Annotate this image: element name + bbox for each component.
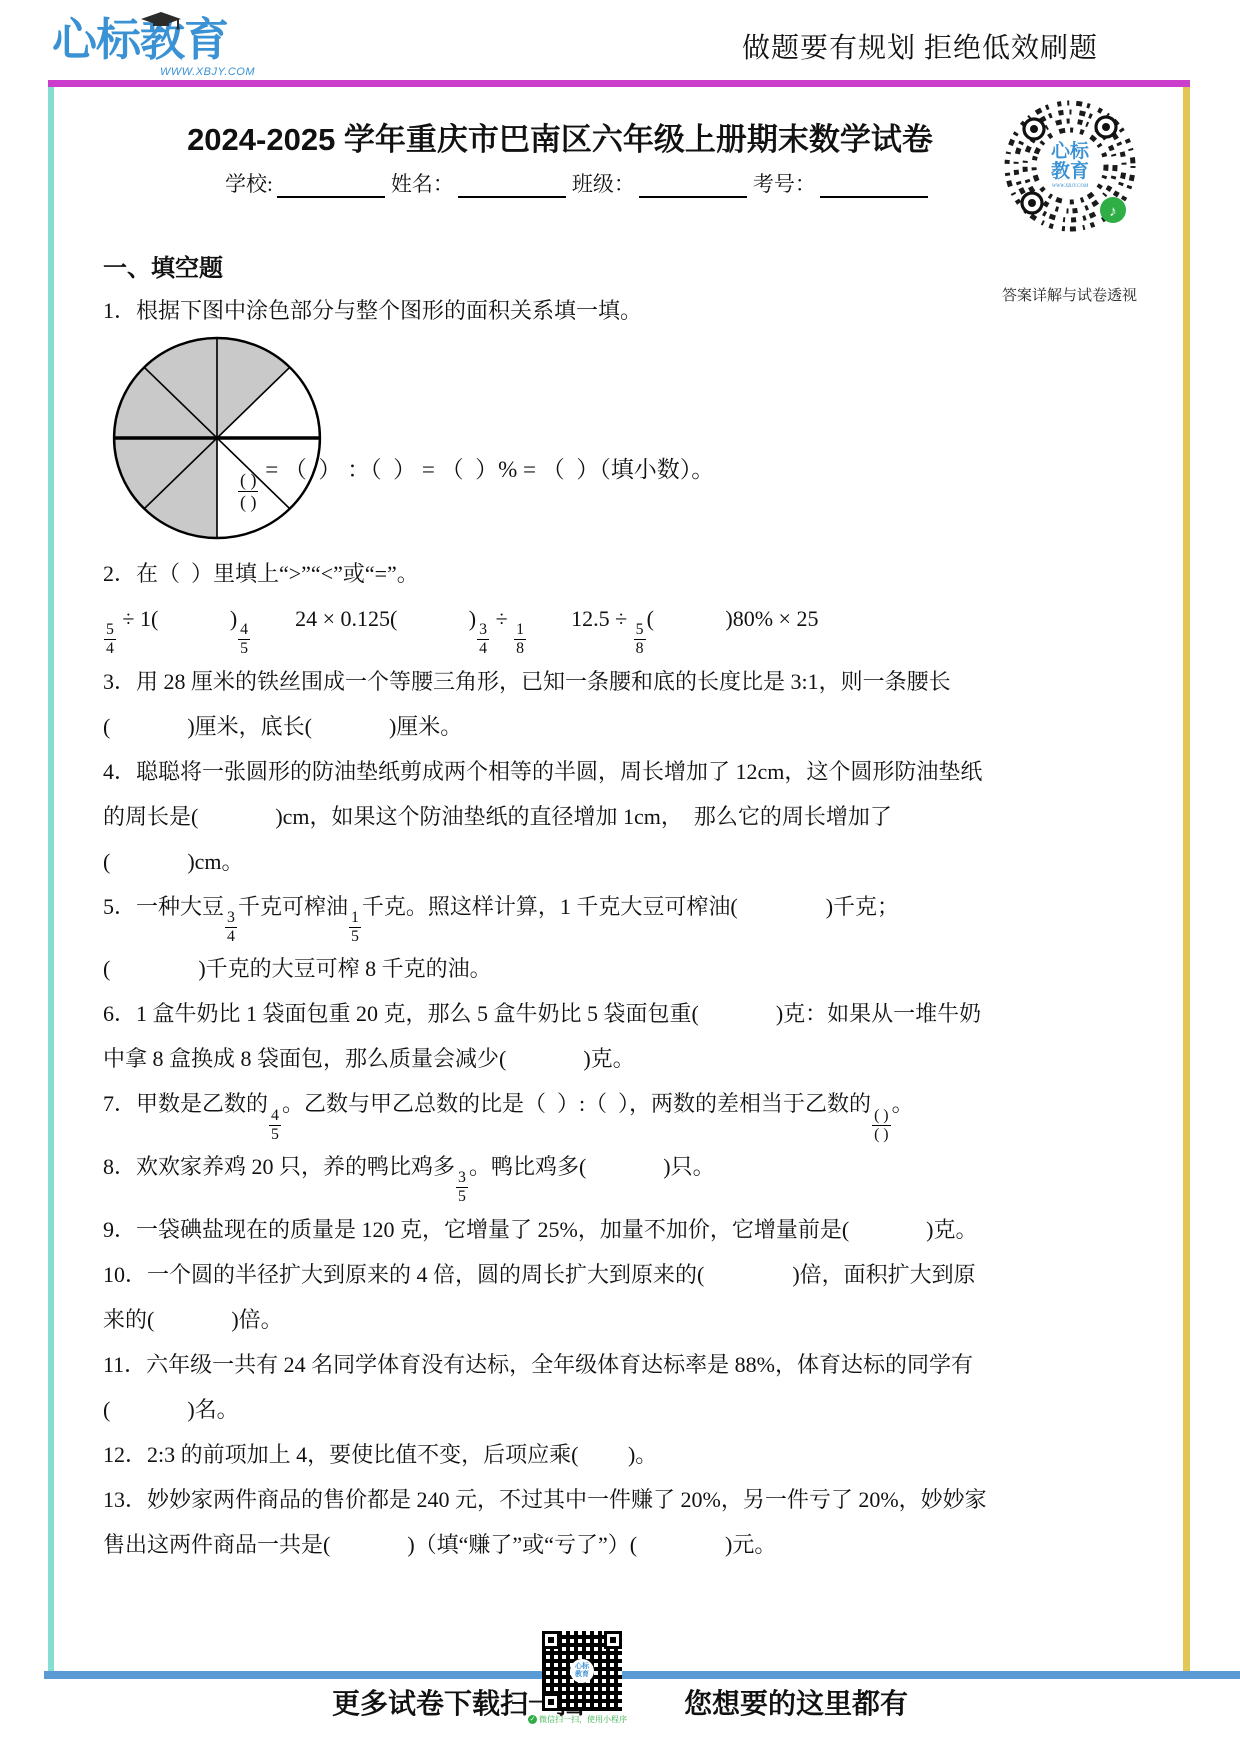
- questions-list: 1．根据下图中涂色部分与整个图形的面积关系填一填。 ( )( ) = （ ） ：…: [103, 288, 1138, 1567]
- question-line: 8．欢欢家养鸡 20 只，养的鸭比鸡多35。鸭比鸡多( )只。: [103, 1144, 1138, 1207]
- question-line: 9．一袋碘盐现在的质量是 120 克，它增量了 25%，加量不加价，它增量前是(…: [103, 1207, 1138, 1252]
- question-line: 售出这两件商品一共是( )（填“赚了”或“亏了”）( )元。: [103, 1522, 1138, 1567]
- question-line: 6．1 盒牛奶比 1 袋面包重 20 克，那么 5 盒牛奶比 5 袋面包重( )…: [103, 991, 1138, 1036]
- question-11: 11．六年级一共有 24 名同学体育没有达标，全年级体育达标率是 88%，体育达…: [103, 1342, 1138, 1432]
- question-13: 13．妙妙家两件商品的售价都是 240 元，不过其中一件赚了 20%，另一件亏了…: [103, 1477, 1138, 1567]
- question-line: ( )千克的大豆可榨 8 千克的油。: [103, 946, 1138, 991]
- check-icon: ✓: [528, 1715, 537, 1724]
- blank-line: [820, 172, 928, 198]
- question-line: 11．六年级一共有 24 名同学体育没有达标，全年级体育达标率是 88%，体育达…: [103, 1342, 1138, 1387]
- fraction: 45: [269, 1107, 281, 1144]
- top-magenta-bar: [48, 80, 1190, 87]
- header-logo: 心标教育 WWW.XBJY.COM: [52, 10, 282, 80]
- info-label: 考号：: [753, 168, 816, 198]
- section-heading: 一、填空题: [103, 248, 223, 283]
- blank-line: [458, 172, 566, 198]
- question-10: 10．一个圆的半径扩大到原来的 4 倍，圆的周长扩大到原来的( )倍，面积扩大到…: [103, 1252, 1138, 1342]
- question-12: 12．2:3 的前项加上 4，要使比值不变，后项应乘( )。: [103, 1432, 1138, 1477]
- question-line: 4．聪聪将一张圆形的防油垫纸剪成两个相等的半圆，周长增加了 12cm，这个圆形防…: [103, 749, 1138, 794]
- question-line: 中拿 8 盒换成 8 袋面包，那么质量会减少( )克。: [103, 1036, 1138, 1081]
- question-line: 12．2:3 的前项加上 4，要使比值不变，后项应乘( )。: [103, 1432, 1138, 1477]
- question-4: 4．聪聪将一张圆形的防油垫纸剪成两个相等的半圆，周长增加了 12cm，这个圆形防…: [103, 749, 1138, 884]
- fraction: 34: [225, 909, 237, 946]
- fraction: 18: [514, 621, 526, 658]
- question-line: ( )名。: [103, 1387, 1138, 1432]
- footer-qr-code: 心标 教育: [542, 1631, 622, 1711]
- qr-center-url: WWW.XBJY.COM: [1002, 184, 1138, 189]
- qr-eye-top-right: [1096, 117, 1116, 137]
- question-line: 54 ÷ 1( )45 24 × 0.125( )34 ÷ 18 12.5 ÷ …: [103, 596, 1138, 659]
- qr-eye-bottom-left: [1022, 193, 1042, 213]
- question-6: 6．1 盒牛奶比 1 袋面包重 20 克，那么 5 盒牛奶比 5 袋面包重( )…: [103, 991, 1138, 1081]
- info-field-school: 学校:: [225, 168, 385, 198]
- question-2: 2．在（ ）里填上“>”“<”或“=”。54 ÷ 1( )45 24 × 0.1…: [103, 551, 1138, 659]
- question-7: 7．甲数是乙数的45。乙数与甲乙总数的比是（ ）:（ ），两数的差相当于乙数的(…: [103, 1081, 1138, 1144]
- question-3: 3．用 28 厘米的铁丝围成一个等腰三角形，已知一条腰和底的长度比是 3:1，则…: [103, 659, 1138, 749]
- info-label: 姓名：: [391, 168, 454, 198]
- question-line: ( )cm。: [103, 839, 1138, 884]
- question-line: 来的( )倍。: [103, 1297, 1138, 1342]
- question-8: 8．欢欢家养鸡 20 只，养的鸭比鸡多35。鸭比鸡多( )只。: [103, 1144, 1138, 1207]
- qr-center-label: 心标 教育: [1002, 142, 1138, 182]
- qr-finder-icon: [542, 1631, 560, 1649]
- right-yellow-border: [1183, 87, 1190, 1672]
- question-line: 5．一种大豆34千克可榨油15千克。照这样计算，1 千克大豆可榨油( )千克；: [103, 884, 1138, 947]
- music-note-icon: ♪: [1109, 204, 1117, 220]
- qr-eye-top-left: [1024, 119, 1044, 139]
- question-1-text: 1．根据下图中涂色部分与整个图形的面积关系填一填。: [103, 288, 1138, 333]
- header-slogan: 做题要有规划 拒绝低效刷题: [742, 26, 1098, 66]
- decorative-qr-code: ♪ 心标 教育 WWW.XBJY.COM: [1002, 98, 1138, 234]
- question-line: 3．用 28 厘米的铁丝围成一个等腰三角形，已知一条腰和底的长度比是 3:1，则…: [103, 659, 1138, 704]
- question-line: 10．一个圆的半径扩大到原来的 4 倍，圆的周长扩大到原来的( )倍，面积扩大到…: [103, 1252, 1138, 1297]
- info-field-name: 姓名：: [391, 168, 566, 198]
- left-teal-border: [48, 87, 54, 1672]
- graduation-cap-icon: [138, 10, 184, 30]
- info-label: 学校:: [225, 168, 273, 198]
- info-label: 班级：: [572, 168, 635, 198]
- qr-finder-icon: [542, 1693, 560, 1711]
- footer-blue-bar: [44, 1671, 1240, 1679]
- fraction: 45: [238, 621, 250, 658]
- question-line: ( )厘米，底长( )厘米。: [103, 704, 1138, 749]
- question-5: 5．一种大豆34千克可榨油15千克。照这样计算，1 千克大豆可榨油( )千克；(…: [103, 884, 1138, 992]
- question-line: 2．在（ ）里填上“>”“<”或“=”。: [103, 551, 1138, 596]
- exam-title: 2024-2025 学年重庆市巴南区六年级上册期末数学试卷: [110, 114, 1010, 159]
- fraction: 35: [456, 1169, 468, 1206]
- fraction: ( )( ): [238, 470, 258, 512]
- qr-finder-icon: [604, 1631, 622, 1649]
- question-1-equation: ( )( ) = （ ） ：（ ） = （ ）% = （ ）（填小数）。: [237, 451, 714, 513]
- fraction: 15: [349, 909, 361, 946]
- qr-center-badge: 心标 教育: [570, 1659, 594, 1683]
- fraction: 34: [477, 621, 489, 658]
- footer-qr-caption: ✓微信扫一扫，使用小程序: [528, 1714, 648, 1725]
- student-info-line: 学校: 姓名： 班级： 考号：: [225, 168, 934, 198]
- footer-text-right: 您想要的这里都有: [684, 1682, 908, 1722]
- question-line: 13．妙妙家两件商品的售价都是 240 元，不过其中一件赚了 20%，另一件亏了…: [103, 1477, 1138, 1522]
- question-line: 的周长是( )cm，如果这个防油垫纸的直径增加 1cm， 那么它的周长增加了: [103, 794, 1138, 839]
- info-field-exam-number: 考号：: [753, 168, 928, 198]
- info-field-class: 班级：: [572, 168, 747, 198]
- blank-line: [639, 172, 747, 198]
- question-1-figure: ( )( ) = （ ） ：（ ） = （ ）% = （ ）（填小数）。: [103, 333, 1138, 551]
- fraction: 58: [634, 621, 646, 658]
- blank-line: [277, 172, 385, 198]
- question-line: 7．甲数是乙数的45。乙数与甲乙总数的比是（ ）:（ ），两数的差相当于乙数的(…: [103, 1081, 1138, 1144]
- fraction: 54: [104, 621, 116, 658]
- fraction: ( )( ): [872, 1107, 891, 1144]
- exam-page: 心标教育 WWW.XBJY.COM 做题要有规划 拒绝低效刷题 2024-202…: [0, 0, 1240, 1754]
- question-9: 9．一袋碘盐现在的质量是 120 克，它增量了 25%，加量不加价，它增量前是(…: [103, 1207, 1138, 1252]
- logo-url: WWW.XBJY.COM: [160, 66, 255, 78]
